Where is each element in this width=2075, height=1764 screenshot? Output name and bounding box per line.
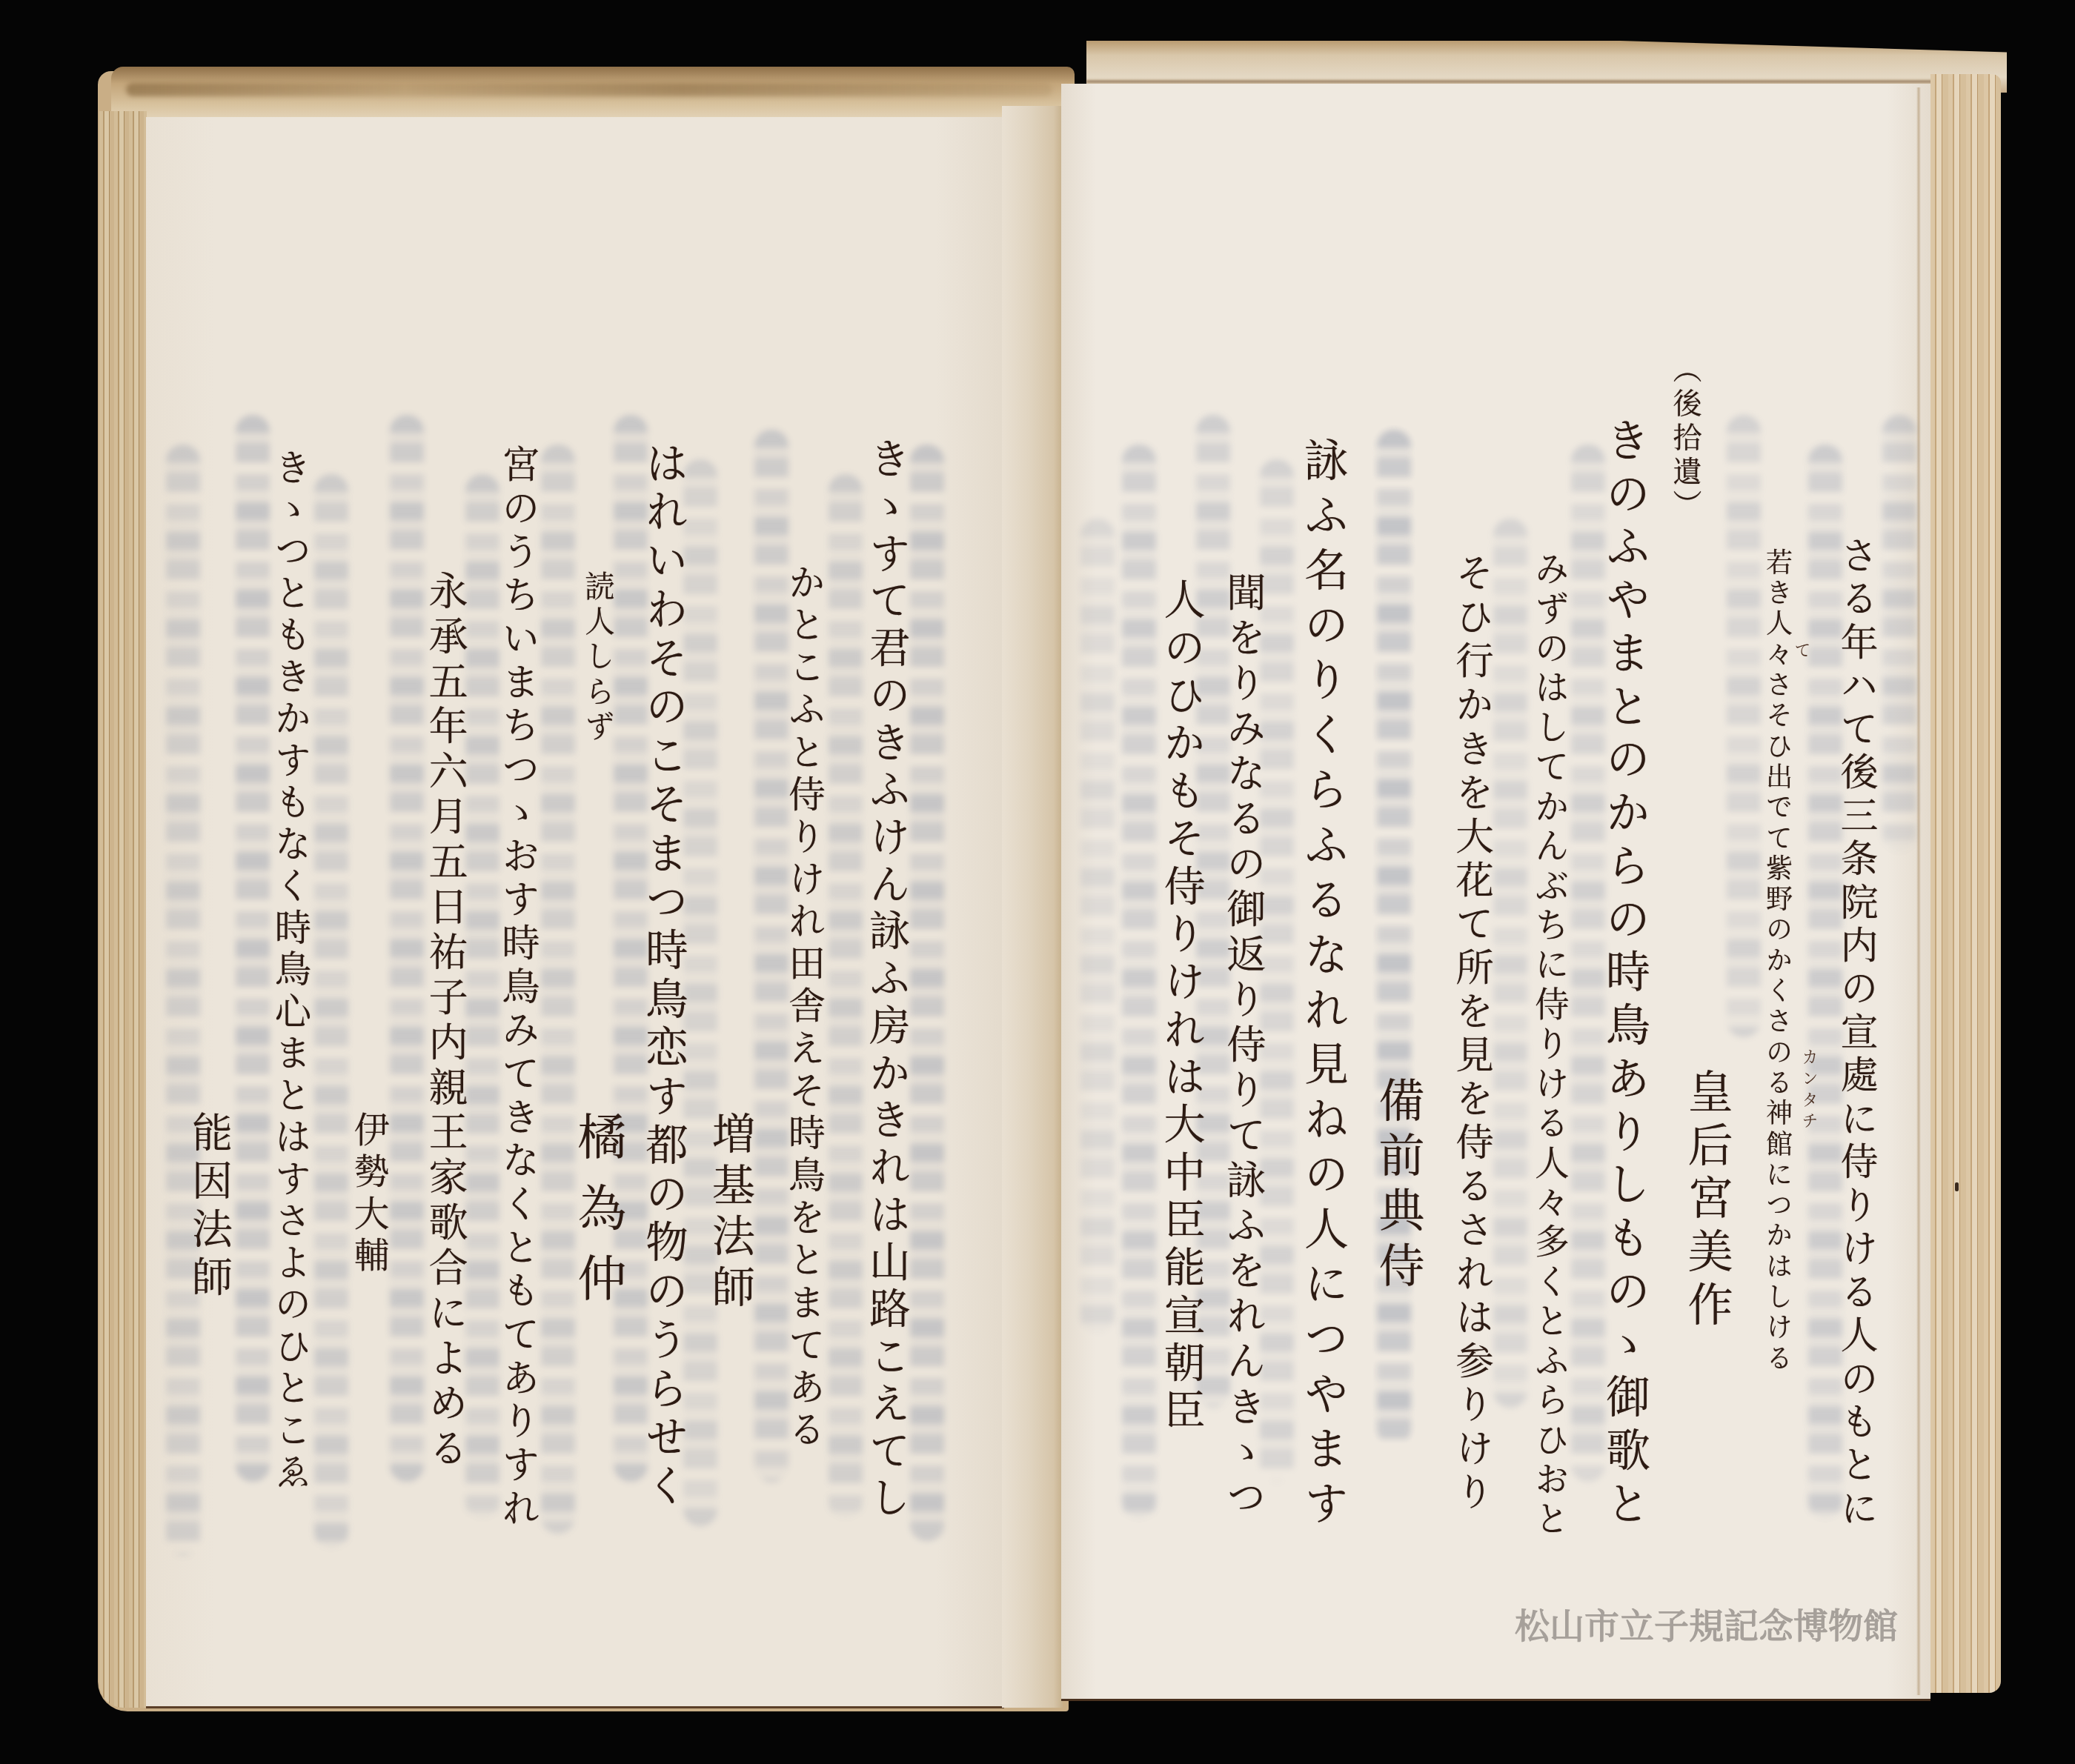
bleed-through-column xyxy=(166,445,200,1556)
bleed-through-column xyxy=(1377,430,1411,1445)
left-fore-edge xyxy=(99,111,147,1708)
text-column: 聞をりみなるの御返り侍りて詠ふをれんきゝつ xyxy=(1217,572,1270,1516)
author-name: 伊勢大輔 xyxy=(341,1111,394,1272)
text-column: かとこふと侍りけれ田舎えそ時鳥をとまてある xyxy=(777,563,831,1447)
text-column: さる年ハて後三条院内の宣處に侍りける人のもとに xyxy=(1828,536,1882,1526)
text-column: はれいわそのこそまつ時鳥恋す都の物のうらせく xyxy=(637,441,690,1506)
author-name: 橘為仲 xyxy=(571,1111,624,1302)
text-column: 永承五年六月五日祐子内親王家歌合によめる xyxy=(419,570,472,1467)
text-column: 詠ふ名のりくらふるなれ見ねの人につやます xyxy=(1296,437,1349,1525)
bleed-through-column xyxy=(314,474,348,1548)
text-column: きのふやまとのからの時鳥ありしものゝ御歌と xyxy=(1598,417,1651,1525)
fore-edge-mark xyxy=(1955,1182,1959,1191)
gutter-shadow xyxy=(1002,106,1063,1708)
right-top-edge-line xyxy=(1086,80,1939,83)
museum-watermark: 松山市立子規記念博物館 xyxy=(1515,1606,1898,1648)
text-column: 読人しらず xyxy=(571,570,624,741)
text-column: みずのはしてかんぶちに侍りける人々多くとふらひおと xyxy=(1522,550,1576,1535)
bleed-through-column xyxy=(1122,445,1156,1519)
text-column: 若き人々さそひ出でて紫野のかくさのる神館につかはしける xyxy=(1750,548,1804,1371)
right-fore-edge xyxy=(1930,74,2001,1693)
bleed-through-column xyxy=(829,474,863,1519)
text-column: きゝつともきかすもなく時鳥心まとはすさよのひとこゑ xyxy=(264,448,317,1489)
bleed-through-column xyxy=(1882,415,1916,852)
bleed-through-column xyxy=(1080,519,1115,1334)
text-column: きゝすて君のきふけん詠ふ房かきれは山路こえてし xyxy=(859,437,912,1517)
text-column: そひ行かきを大花て所を見を侍るされは参りけり xyxy=(1444,553,1498,1510)
left-top-crease xyxy=(126,83,1052,96)
right-page-edge-shadow xyxy=(1916,87,1921,1695)
bleed-through-column xyxy=(910,445,944,1541)
text-column: 人のひかもそ侍りけれは大中臣能宣朝臣 xyxy=(1154,578,1207,1430)
author-name: 備前典侍 xyxy=(1371,1076,1424,1288)
ruby-annotation: て xyxy=(1790,642,1811,662)
source-annotation: （後拾遺） xyxy=(1658,354,1711,519)
ruby-annotation: カンタチ xyxy=(1798,1048,1819,1128)
author-name: 能因法師 xyxy=(182,1111,236,1297)
author-name: 増基法師 xyxy=(703,1111,757,1308)
text-column: 宮のうちいまちつゝおす時鳥みてきなくともてありすれ xyxy=(491,445,544,1526)
author-name: 皇后宮美作 xyxy=(1679,1068,1733,1326)
